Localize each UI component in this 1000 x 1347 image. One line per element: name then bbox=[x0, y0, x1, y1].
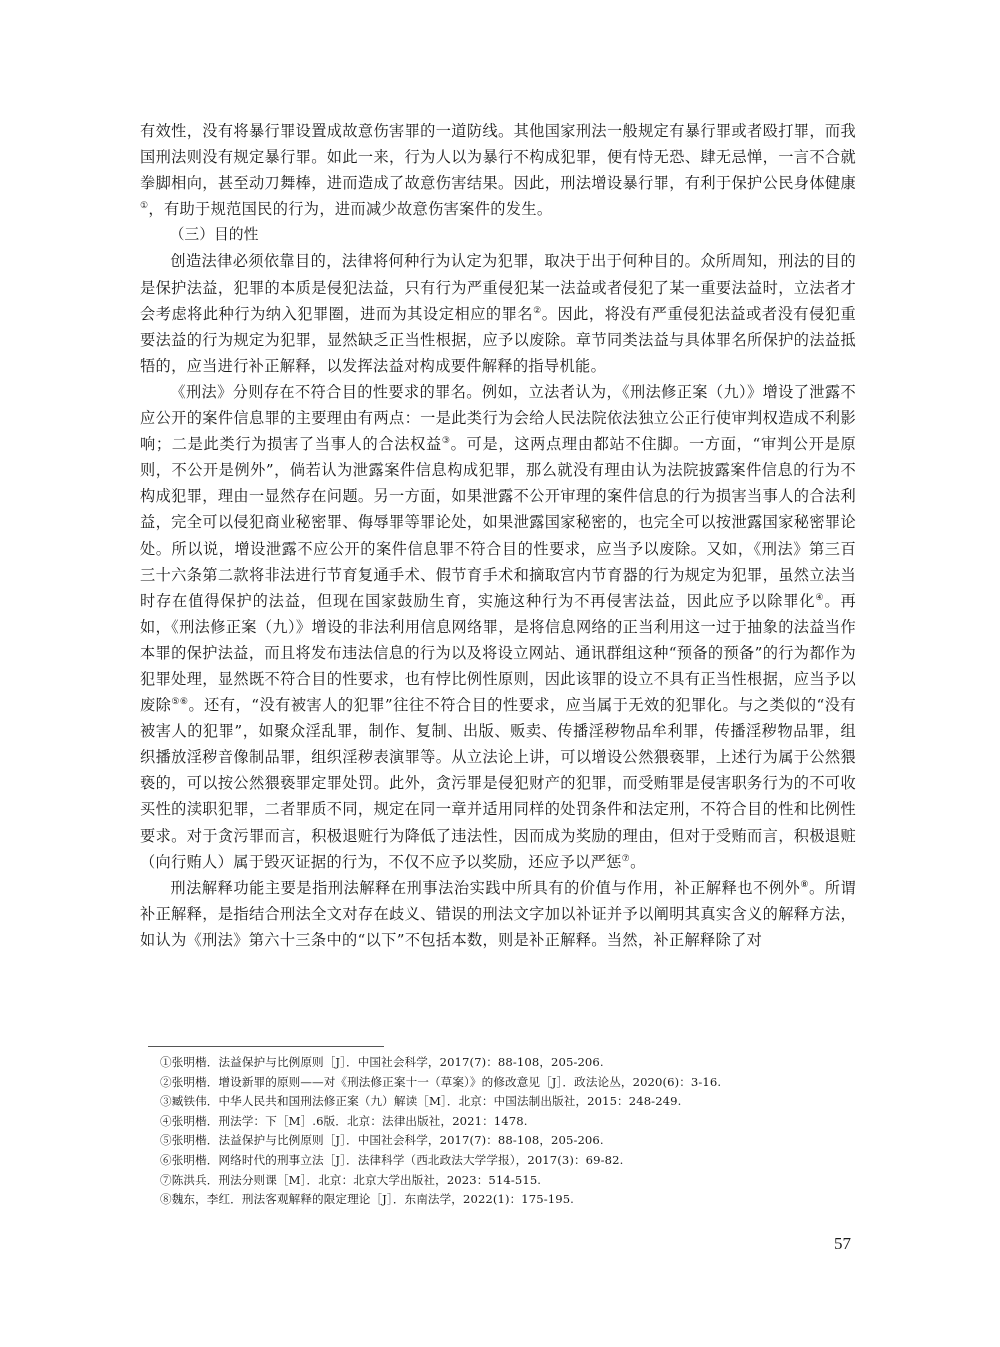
paragraph-violence-crime: 有效性，没有将暴行罪设置成故意伤害罪的一道防线。其他国家刑法一般规定有暴行罪或者… bbox=[140, 118, 856, 222]
paragraph-text: 。还有，“没有被害人的犯罪”往往不符合目的性要求，应当属于无效的犯罪化。与之类似… bbox=[140, 696, 856, 871]
footnote-1: ①张明楷．法益保护与比例原则［J］．中国社会科学，2017(7)：88-108，… bbox=[160, 1053, 860, 1073]
footnote-5: ⑤张明楷．法益保护与比例原则［J］．中国社会科学，2017(7)：88-108，… bbox=[160, 1131, 860, 1151]
section-heading-purpose: （三）目的性 bbox=[140, 222, 856, 248]
paragraph-text: 。 bbox=[630, 853, 646, 871]
article-body: 有效性，没有将暴行罪设置成故意伤害罪的一道防线。其他国家刑法一般规定有暴行罪或者… bbox=[140, 118, 856, 953]
footnote-3: ③臧铁伟．中华人民共和国刑法修正案（九）解读［M］．北京：中国法制出版社，201… bbox=[160, 1092, 860, 1112]
footnote-6: ⑥张明楷．网络时代的刑事立法［J］．法律科学（西北政法大学学报），2017(3)… bbox=[160, 1151, 860, 1171]
paragraph-text: 有效性，没有将暴行罪设置成故意伤害罪的一道防线。其他国家刑法一般规定有暴行罪或者… bbox=[140, 122, 856, 192]
footnote-separator bbox=[148, 1046, 384, 1047]
paragraph-interpretation-function: 刑法解释功能主要是指刑法解释在刑事法治实践中所具有的价值与作用，补正解释也不例外… bbox=[140, 875, 856, 953]
footnote-8: ⑧魏东，李红．刑法客观解释的限定理论［J］．东南法学，2022(1)：175-1… bbox=[160, 1190, 860, 1210]
paragraph-purpose-examples: 《刑法》分则存在不符合目的性要求的罪名。例如，立法者认为，《刑法修正案（九）》增… bbox=[140, 379, 856, 875]
page-number: 57 bbox=[834, 1234, 851, 1254]
footnote-7: ⑦陈洪兵．刑法分则课［M］．北京：北京大学出版社，2023：514-515. bbox=[160, 1171, 860, 1191]
footnote-ref-8[interactable]: ⑧ bbox=[800, 880, 809, 890]
footnote-ref-2[interactable]: ② bbox=[533, 306, 542, 316]
footnote-ref-7[interactable]: ⑦ bbox=[622, 854, 630, 864]
paragraph-text: 刑法解释功能主要是指刑法解释在刑事法治实践中所具有的价值与作用，补正解释也不例外 bbox=[170, 879, 800, 897]
footnote-2: ②张明楷．增设新罪的原则——对《刑法修正案十一（草案）》的修改意见［J］．政法论… bbox=[160, 1073, 860, 1093]
footnote-4: ④张明楷．刑法学：下［M］.6版．北京：法律出版社，2021：1478. bbox=[160, 1112, 860, 1132]
paragraph-text: ，有助于规范国民的行为，进而减少故意伤害案件的发生。 bbox=[148, 200, 552, 218]
footnote-ref-3[interactable]: ③ bbox=[442, 436, 451, 446]
footnotes: ①张明楷．法益保护与比例原则［J］．中国社会科学，2017(7)：88-108，… bbox=[160, 1053, 860, 1210]
paragraph-purpose-intro: 创造法律必须依靠目的，法律将何种行为认定为犯罪，取决于出于何种目的。众所周知，刑… bbox=[140, 248, 856, 378]
paragraph-text: 。可是，这两点理由都站不住脚。一方面，“审判公开是原则，不公开是例外”，倘若认为… bbox=[140, 435, 856, 610]
footnote-ref-5-6[interactable]: ⑤⑥ bbox=[171, 697, 188, 707]
